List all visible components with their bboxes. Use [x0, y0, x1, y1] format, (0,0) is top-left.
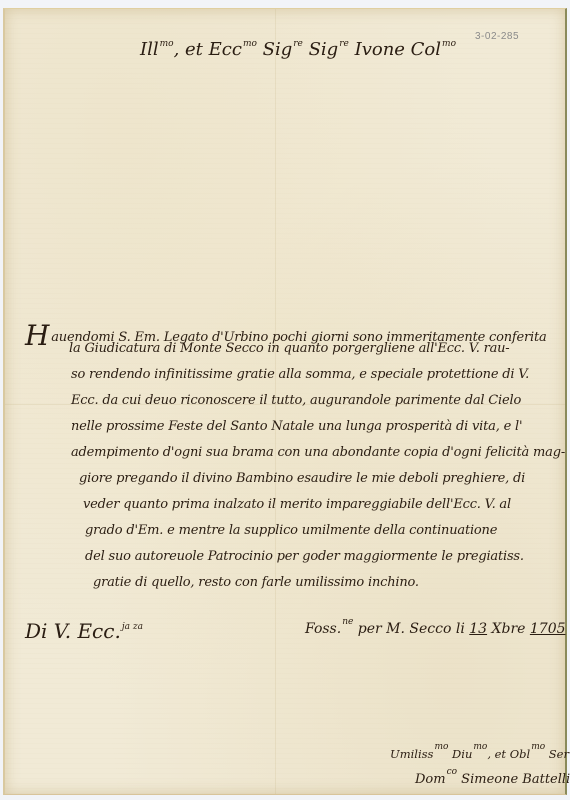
date-month: Xbre	[487, 621, 530, 637]
body-line: gratie di quello, resto con farle umilis…	[93, 575, 419, 590]
superscript: re	[339, 39, 349, 49]
salutation-part: Sig	[257, 39, 292, 60]
body-line-text: la Giudicatura di Monte Secco in quanto …	[69, 341, 510, 356]
superscript: mo	[434, 742, 448, 752]
superscript: mo	[442, 39, 456, 49]
signature-line-1: Umilissmo Diumo, et Oblmo Seruitore	[390, 747, 570, 761]
signature-part: Seruitore	[545, 747, 570, 761]
drop-initial: H	[25, 319, 49, 352]
closing-formula: Di V. Ecc.ja za	[25, 619, 143, 643]
body-line-text: Ecc. da cui deuo riconoscere il tutto, a…	[71, 393, 521, 408]
body-line: adempimento d'ogni sua brama con una abo…	[71, 445, 565, 460]
salutation-part: , et Ecc	[174, 39, 242, 60]
date-day: 13	[469, 621, 487, 637]
body-line: nelle prossime Feste del Santo Natale un…	[71, 419, 522, 434]
body-line-text: giore pregando il divino Bambino esaudir…	[79, 471, 525, 486]
body-line: so rendendo infinitissime gratie alla so…	[71, 367, 529, 382]
superscript: ja za	[122, 622, 143, 632]
body-line-text: nelle prossime Feste del Santo Natale un…	[71, 419, 522, 434]
body-line-text: grado d'Em. e mentre la supplico umilmen…	[85, 523, 497, 538]
body-line: del suo autoreuole Patrocinio per goder …	[85, 549, 524, 564]
superscript: ne	[342, 617, 353, 627]
archive-number: 3-02-285	[475, 31, 519, 42]
salutation-part: Sig	[303, 39, 338, 60]
body-line-text: del suo autoreuole Patrocinio per goder …	[85, 549, 524, 564]
signature-part: Diu	[448, 747, 472, 761]
body-line-text: veder quanto prima inalzato il merito im…	[83, 497, 511, 512]
superscript: mo	[531, 742, 545, 752]
place-and-date: Foss.ne per M. Secco li 13 Xbre 1705	[305, 621, 566, 637]
body-line: la Giudicatura di Monte Secco in quanto …	[69, 341, 510, 356]
body-line-text: adempimento d'ogni sua brama con una abo…	[71, 445, 565, 460]
date-year: 1705	[530, 621, 566, 637]
body-line-text: so rendendo infinitissime gratie alla so…	[71, 367, 529, 382]
signature-name: Domco Simeone Battelli	[415, 772, 570, 787]
salutation-part: Ill	[140, 39, 159, 60]
closing-text: Di V. Ecc.	[25, 619, 121, 643]
superscript: re	[293, 39, 303, 49]
salutation: Illmo, et Eccmo Sigre Sigre Ivone Colmo	[140, 39, 456, 60]
superscript: mo	[473, 742, 487, 752]
body-line: veder quanto prima inalzato il merito im…	[83, 497, 511, 512]
body-line: giore pregando il divino Bambino esaudir…	[79, 471, 525, 486]
paper-sheet: 3-02-285 Illmo, et Eccmo Sigre Sigre Ivo…	[3, 8, 567, 795]
body-line: Ecc. da cui deuo riconoscere il tutto, a…	[71, 393, 521, 408]
place-text: per M. Secco li	[353, 621, 469, 637]
place-name: Foss.	[305, 621, 341, 637]
superscript: co	[447, 767, 457, 777]
signature-part: , et Obl	[487, 747, 530, 761]
superscript: mo	[160, 39, 174, 49]
body-line-text: gratie di quello, resto con farle umilis…	[93, 575, 419, 590]
signature-part: Simeone Battelli	[457, 772, 570, 787]
scanned-page: 3-02-285 Illmo, et Eccmo Sigre Sigre Ivo…	[0, 0, 570, 800]
salutation-part: Ivone Col	[349, 39, 441, 60]
superscript: mo	[243, 39, 257, 49]
body-line: grado d'Em. e mentre la supplico umilmen…	[85, 523, 497, 538]
signature-part: Dom	[415, 772, 446, 787]
signature-part: Umiliss	[390, 747, 433, 761]
